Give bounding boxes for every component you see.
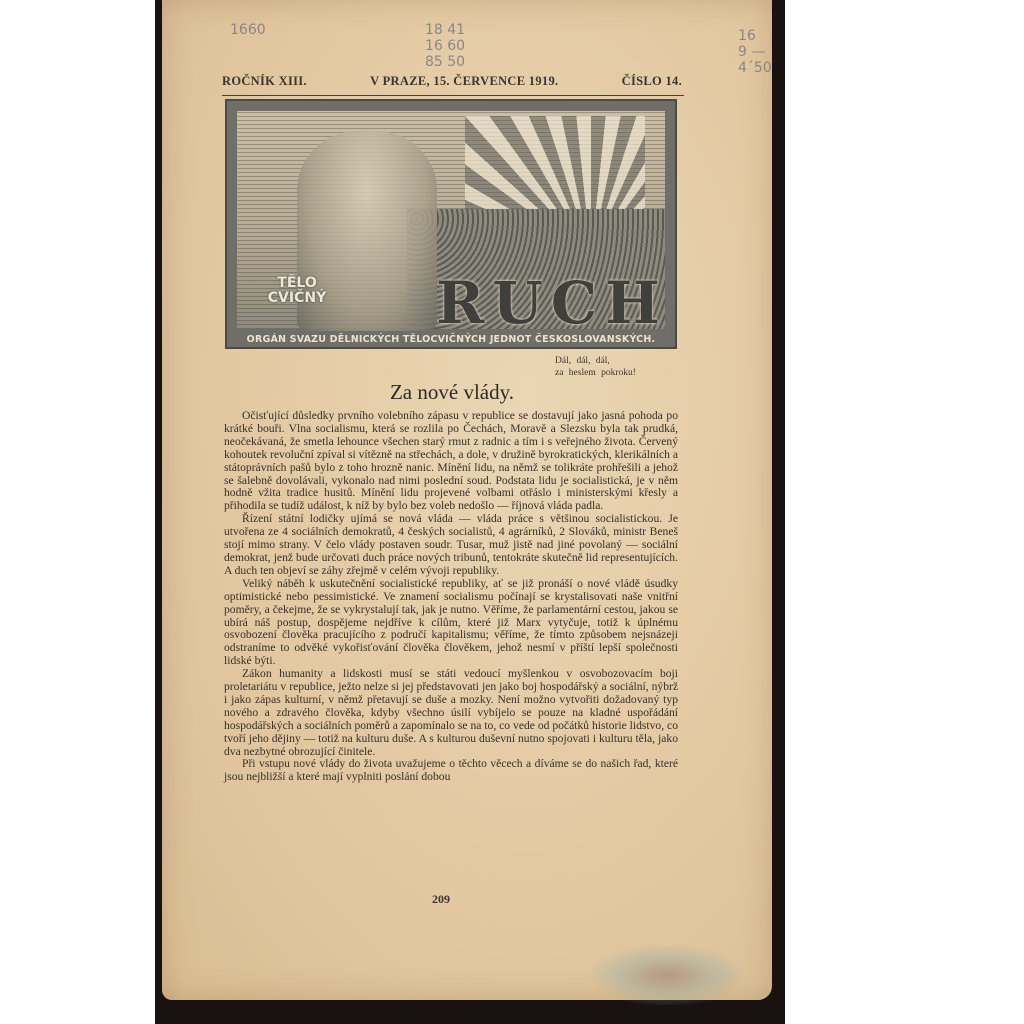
pencil-note-right: 16 9 — 4´50 <box>738 28 772 76</box>
volume-label: ROČNÍK XIII. <box>222 74 307 89</box>
pencil-note-line: 9 — <box>738 44 772 60</box>
water-stain <box>592 945 742 1005</box>
article-paragraph: Řízení státní lodičky ujímá se nová vlád… <box>224 513 678 578</box>
motto-line: za heslem pokroku! <box>555 367 675 379</box>
article-title: Za nové vlády. <box>222 380 682 405</box>
motto: Dál, dál, dál, za heslem pokroku! <box>555 355 675 379</box>
issue-number: ČÍSLO 14. <box>622 74 682 89</box>
masthead: ROČNÍK XIII. V PRAZE, 15. ČERVENCE 1919.… <box>222 70 682 92</box>
article-paragraph: Zákon humanity a lidskosti musí se státi… <box>224 668 678 758</box>
motto-line: Dál, dál, dál, <box>555 355 675 367</box>
banner-caption: ORGÁN SVAZU DĚLNICKÝCH TĚLOCVIČNÝCH JEDN… <box>227 334 675 345</box>
pencil-note-line: 16 <box>738 28 772 44</box>
pencil-note-line: 16 60 <box>425 38 465 54</box>
logo-title: RUCH <box>432 269 672 337</box>
article-paragraph: Veliký náběh k uskutečnění socialistické… <box>224 578 678 668</box>
article-body: Očisťující důsledky prvního volebního zá… <box>224 410 678 784</box>
article-paragraph: Při vstupu nové vlády do života uvažujem… <box>224 758 678 784</box>
place-date: V PRAZE, 15. ČERVENCE 1919. <box>370 74 558 89</box>
masthead-rule <box>222 95 684 96</box>
pencil-note-line: 4´50 <box>738 60 772 76</box>
pencil-note-center: 18 41 16 60 85 50 <box>425 22 465 70</box>
pencil-note-top-left: 1660 <box>230 22 266 38</box>
page-number: 209 <box>432 892 450 907</box>
logo-subtitle-line: CVIČNÝ <box>257 291 337 306</box>
pencil-note-line: 85 50 <box>425 54 465 70</box>
logo-subtitle: TĚLO CVIČNÝ <box>257 276 337 306</box>
title-banner-illustration: TĚLO CVIČNÝ RUCH ORGÁN SVAZU DĚLNICKÝCH … <box>225 99 677 349</box>
logo-subtitle-line: TĚLO <box>257 276 337 291</box>
illustration-scene: TĚLO CVIČNÝ RUCH <box>237 111 665 329</box>
pencil-note-line: 18 41 <box>425 22 465 38</box>
article-paragraph: Očisťující důsledky prvního volebního zá… <box>224 410 678 513</box>
